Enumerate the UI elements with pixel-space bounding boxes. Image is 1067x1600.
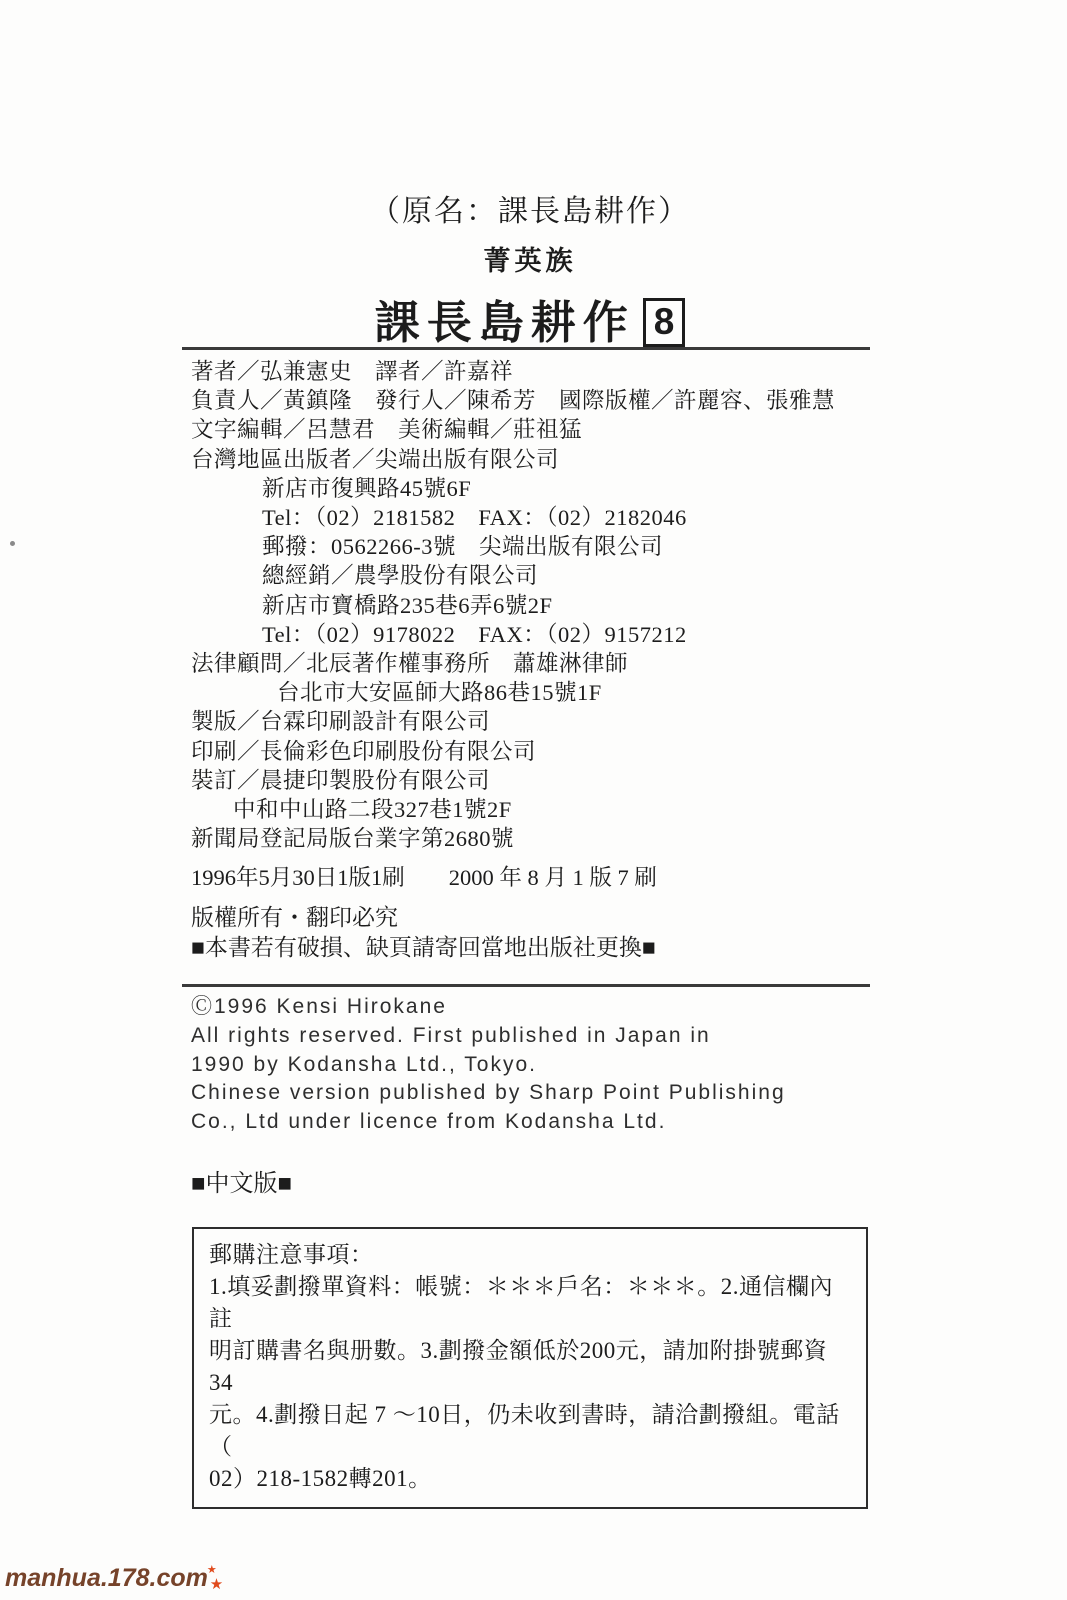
mail-order-line-2: 明訂購書名與册數。3.劃撥金額低於200元，請加附掛號郵資34 [209,1335,851,1399]
main-title-text: 課長島耕作 [375,297,635,348]
credit-line-address-1: 新店市復興路45號6F [191,474,871,503]
main-title: 課長島耕作8 [190,286,870,351]
credit-line-address-3: 台北市大安區師大路86巷15號1F [191,678,871,707]
english-line-copyright: Ⓒ1996 Kensi Hirokane [191,993,811,1022]
english-line-rights: All rights reserved. First published in … [191,1022,811,1051]
series-title: 菁英族 [190,239,870,278]
rights-block: 版權所有・翻印必究 ■本書若有破損、缺頁請寄回當地出版社更換■ [191,903,656,962]
copyright-notice: 版權所有・翻印必究 [191,903,656,933]
star-icon: ★ [207,1564,217,1576]
chinese-edition-mark: ■中文版■ [191,1163,292,1198]
colophon-page: （原名：課長島耕作） 菁英族 課長島耕作8 著者／弘兼憲史 譯者／許嘉祥 負責人… [0,0,1067,1600]
volume-number-box: 8 [643,298,686,347]
title-block: （原名：課長島耕作） 菁英族 課長島耕作8 [190,186,870,351]
damage-replacement-notice: ■本書若有破損、缺頁請寄回當地出版社更換■ [191,933,656,963]
credit-line-author: 著者／弘兼憲史 譯者／許嘉祥 [191,357,871,386]
credit-line-postal: 郵撥：0562266-3號 尖端出版有限公司 [191,532,871,561]
star-icon: ★ [210,1576,223,1593]
original-title: （原名：課長島耕作） [190,186,870,230]
first-printing: 1996年5月30日1版1刷 [191,865,405,890]
credit-line-binding: 裝訂／晨捷印製股份有限公司 [191,766,871,795]
credit-line-editors: 文字編輯／呂慧君 美術編輯／莊祖猛 [191,415,871,444]
divider-bottom [182,984,870,987]
credit-line-tel-fax-2: Tel：（02）9178022 FAX：（02）9157212 [191,620,871,649]
credit-line-registration: 新聞局登記局版台業字第2680號 [191,824,871,853]
credit-line-address-2: 新店市寶橋路235巷6弄6號2F [191,591,871,620]
current-printing: 2000 年 8 月 1 版 7 刷 [449,865,657,890]
mail-order-heading: 郵購注意事項： [209,1239,851,1271]
credit-line-printing: 印刷／長倫彩色印刷股份有限公司 [191,737,871,766]
scan-speck [10,541,15,546]
english-line-chinese: Chinese version published by Sharp Point… [191,1079,811,1108]
mail-order-line-4: 02）218-1582轉201。 [209,1463,851,1495]
english-line-licence: Co., Ltd under licence from Kodansha Ltd… [191,1108,811,1137]
mail-order-line-1: 1.填妥劃撥單資料：帳號：＊＊＊戶名：＊＊＊。2.通信欄內註 [209,1271,851,1335]
credit-line-legal: 法律顧問／北辰著作權事務所 蕭雄淋律師 [191,649,871,678]
watermark-text: manhua.178.com [5,1564,208,1592]
credit-line-platemaking: 製版／台霖印刷設計有限公司 [191,707,871,736]
credit-line-tel-fax-1: Tel：（02）2181582 FAX：（02）2182046 [191,503,871,532]
credit-line-address-4: 中和中山路二段327巷1號2F [191,795,871,824]
english-line-kodansha: 1990 by Kodansha Ltd., Tokyo. [191,1051,811,1080]
divider-top [182,347,870,350]
credit-line-distributor: 總經銷／農學股份有限公司 [191,561,871,590]
edition-line: 1996年5月30日1版1刷2000 年 8 月 1 版 7 刷 [191,860,657,892]
mail-order-box: 郵購注意事項： 1.填妥劃撥單資料：帳號：＊＊＊戶名：＊＊＊。2.通信欄內註 明… [192,1227,868,1509]
credit-line-publisher: 負責人／黃鎮隆 發行人／陳希芳 國際版權／許麗容、張雅慧 [191,386,871,415]
credits-block: 著者／弘兼憲史 譯者／許嘉祥 負責人／黃鎮隆 發行人／陳希芳 國際版權／許麗容、… [191,357,871,853]
mail-order-line-3: 元。4.劃撥日起 7 ～10日，仍未收到書時，請洽劃撥組。電話（ [209,1399,851,1463]
english-copyright-block: Ⓒ1996 Kensi Hirokane All rights reserved… [191,993,811,1137]
site-watermark: manhua.178.com★★ [5,1564,231,1593]
credit-line-tw-publisher: 台灣地區出版者／尖端出版有限公司 [191,445,871,474]
